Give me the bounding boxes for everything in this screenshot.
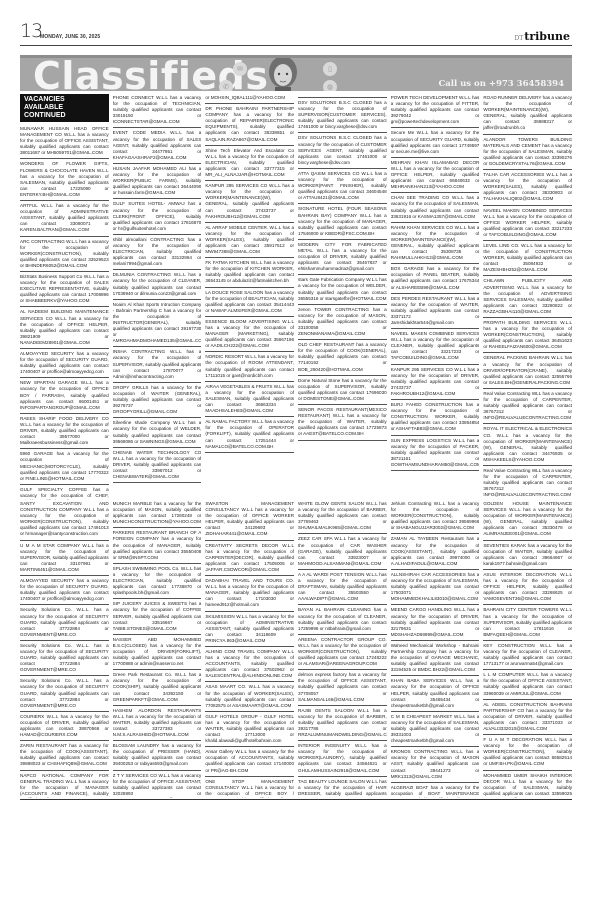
classified-ad: NAVEEL MAKEN COMBINED SERVICES W.L.L has… <box>391 330 480 364</box>
classified-ad: Shine Tech Elevator And Escalator Co W.L… <box>205 147 294 181</box>
column-4: DSV SOLUTIONS B.S.C CLOSED has a vacancy… <box>298 94 387 500</box>
page-number: 13 <box>20 20 42 42</box>
classified-ad: ALGERAZI BOAT has a vacancy for the occu… <box>391 784 480 798</box>
classified-ad: NORDIC RESORT W.L.L has a vacancy for th… <box>205 353 294 381</box>
classified-ad: L L M COMPUTER W.L.L has a vacancy for t… <box>483 671 572 699</box>
masthead: 13 MONDAY, JUNE 30, 2025 DTtribune <box>20 26 572 46</box>
classified-ad: INSHA CONTRACTING W.L.L has a vacancy fo… <box>113 348 202 382</box>
classified-ad: GENERAL PACKING BAHRAIN W.L.L has a vaca… <box>483 354 572 388</box>
brand-logo: DTtribune <box>514 30 570 43</box>
classified-ad: NASSER ABD MOHAMMED B.S.C(CLOSED) has a … <box>113 636 202 670</box>
classified-ad: RAJIB GENTS SALOON W.L.L has a vacancy f… <box>298 707 387 741</box>
banner-title: Classifieds <box>33 55 268 91</box>
classified-ad: ASUS INTERIOR DECORATION W.L.L has a vac… <box>483 571 572 605</box>
classified-ad: DSV SOLUTIONS B.S.C CLOSED has a vacancy… <box>298 99 387 133</box>
classified-ad: Ansar Gallery W.L.L has a vacancy for th… <box>205 748 294 776</box>
classified-ad: AL NADEEM BUILDING MAINTENANCE SERVICES … <box>20 308 109 349</box>
classified-ad: Silverline shade Company W.L.L has a vac… <box>113 419 202 447</box>
classified-ad: CHILAWN PUBLICITY AND ADVERTISING W.L.L … <box>483 277 572 318</box>
classified-ad: KANPUR 295 SERVICES CO W.L.L has a vacan… <box>391 366 480 400</box>
classified-ad: SWASTON MANAGEMENT CONSULTANCY W.L.L has… <box>205 500 294 541</box>
classified-ad: NAVEEL MAKEN COMBINED SERVICES W.L.L has… <box>483 207 572 241</box>
classified-ad: AREENA CONTRACTOR GROUP CO. W.L.L has a … <box>298 636 387 670</box>
section-heading: VACANCIES AVAILABLE CONTINUED <box>20 94 109 122</box>
classified-ad: HUSAIN JAAFAR MOHAMED ALI has a vacancy … <box>113 165 202 199</box>
classified-ad: TALHA CAR ACCESSORIES W.L.L has a vacanc… <box>483 171 572 205</box>
classified-ad: FK FATMA KITCHEN W.L.L has a vacancy for… <box>205 259 294 287</box>
column-1-lower: SANTY EXCAVATION AND CONSTRUCTION COMPAN… <box>20 500 109 798</box>
classified-ad: DR PHONE BAHRAINI PARTNERSHIP COMPANY ha… <box>205 105 294 146</box>
classified-ad: CHENAB WATER TECHNOLOGY CO W.L.L has a v… <box>113 449 202 483</box>
classified-ad: OLD CHEF RESTAURANT has a vacancy for th… <box>298 341 387 375</box>
classified-ad: U M A M STAR COMPANY W.L.L has a vacancy… <box>20 542 109 576</box>
classified-ad: PHONE CONNECT W.L.L has a vacancy for th… <box>113 94 202 128</box>
classified-ad: zenon TOWER CONTRACTING has a vacancy fo… <box>298 306 387 340</box>
classified-ad: Security Solutions Co. W.L.L. has a vaca… <box>20 642 109 676</box>
column-6-lower: GOLDEN HOUSE MAINTENANCE SERVICES W.L.L … <box>483 500 572 798</box>
classified-ad: KRONOS CONTRACTING W.L.L has a vacancy f… <box>391 748 480 782</box>
classified-ad: BLOSSAM LAUNDRY has a vacancy for the oc… <box>113 742 202 770</box>
classified-ad: DILMUNIA CONTRACTING W.L.L has a vacancy… <box>113 271 202 299</box>
classified-ad: LA DOUCE ROSE SALOON has a vacancy for t… <box>205 289 294 317</box>
classifieds-banner: Classifieds ✉ ✆ ▯ ◍ Call us on +973 3645… <box>20 55 572 91</box>
classified-ad: DADABHAI TRAVEL AND TOURS CO. W.L.L has … <box>205 577 294 611</box>
classified-ad: SKILMISSION W.L.L has a vacancy for the … <box>205 613 294 647</box>
classified-ad: KANPUR 295 SERVICES CO W.L.L has a vacan… <box>205 182 294 223</box>
globe-icon: ◍ <box>323 80 337 91</box>
classified-ad: ALHIND COM TRAVEL COMPANY W.L.L has a va… <box>205 648 294 682</box>
brand-mark: DT <box>514 35 523 42</box>
classified-ad: ZAMAN AL TAYBEEN Restaurant has a vacanc… <box>391 535 480 569</box>
woman-figure-icon <box>253 58 313 91</box>
column-2: PHONE CONNECT W.L.L has a vacancy for th… <box>113 94 202 500</box>
classified-ad: ATTA QASIM SERVICES CO W.L.L has a vacan… <box>298 170 387 204</box>
classified-ad: NAPCO NATIONAL COMPANY FOR GENERAL TRADI… <box>20 772 109 798</box>
classified-ad: GULF SPECIALTY COFFEE has a vacancy for … <box>20 486 109 500</box>
classified-ad: MUNAWAR HUSSAIN HEAD OFFICE MANAGEMENT C… <box>20 125 109 159</box>
classified-ad: BURJ FAHED CONSTRUCTION has a vacancy fo… <box>391 401 480 435</box>
column-3-lower: SWASTON MANAGEMENT CONSULTANCY W.L.L has… <box>205 500 294 798</box>
classified-ad: SPLASH SWIMMING POOL Co. W.L.L has a vac… <box>113 565 202 599</box>
classified-ad: KHAN BABA SERVICES W.L.L has a vacancy f… <box>391 677 480 711</box>
classified-ad: ALMOAYYED SECURITY has a vacancy for the… <box>20 350 109 378</box>
tablet-icon: ▯ <box>323 62 337 76</box>
classified-ad: KEY CONSTRUCTION W.L.L has a vacancy for… <box>483 642 572 670</box>
classified-ad: EVENT CODE MEDIA W.L.L has a vacancy for… <box>113 129 202 163</box>
classified-ad: Secure Me W.L.L has a vacancy for the oc… <box>391 129 480 157</box>
classified-ad: PROPATH BUILDING SERVICES W.L.L has a va… <box>483 319 572 353</box>
column-1: VACANCIES AVAILABLE CONTINUED MUNAWAR HU… <box>20 94 109 500</box>
classified-ad: RAHIM KHAN SERVICES CO W.L.L has a vacan… <box>391 224 480 265</box>
classified-ad: MUNICH MARBLE has a vacancy for the occu… <box>113 500 202 528</box>
classifieds-columns-bottom: SANTY EXCAVATION AND CONSTRUCTION COMPAN… <box>20 500 572 798</box>
classified-ad <box>298 94 387 98</box>
classified-ad: Real Value Contracting WLL has a vacancy… <box>483 390 572 424</box>
classified-ad: MOHAMMED UMER SHAIKH INTERIOR DECOR W.L.… <box>483 772 572 798</box>
classified-ad: SENOR PACOS RESTAURANT(MEXICO RESTAURANT… <box>298 406 387 440</box>
classified-ad: WONDERS OF FLOWER GIFTS, FLOWERS & CHOCO… <box>20 160 109 201</box>
column-2-lower: MUNICH MARBLE has a vacancy for the occu… <box>113 500 202 798</box>
classified-ad: MEEND CARGO HANDLING W.L.L has a vacancy… <box>391 606 480 640</box>
classified-ad: RAEES SHARIF FOOD DELIVERY CO W.L.L has … <box>20 415 109 449</box>
classified-ad: Z T Y SERVICES CO W.L.L has a vacancy fo… <box>113 772 202 798</box>
classified-ad: ESSENCE BLOOM ADVERTISING W.L.L has a va… <box>205 318 294 352</box>
classified-ad: GULF SUITES HOTEL- AMWAJ has a vacancy f… <box>113 200 202 234</box>
classified-ad: ASAS MAART CO. W.L.L has a vacancy for t… <box>205 683 294 711</box>
column-5: POWER TECH DEVELOPMENT W.L.L has a vacan… <box>391 94 480 500</box>
banner-illustration: ✉ ✆ ▯ ◍ <box>235 58 335 91</box>
classified-ad: ARC CONTRACTING W.L.L has a vacancy for … <box>20 238 109 272</box>
classified-ad: SEVENTIES KARAK has a vacancy for the oc… <box>483 542 572 570</box>
phone-icon: ✆ <box>219 80 233 91</box>
classified-ad: ZARIN RESTAURANT has a vacancy for the o… <box>20 742 109 770</box>
column-5-lower: Jehlum Contracting W.L.L has a vacancy f… <box>391 500 480 798</box>
page-bottom-rule <box>20 799 572 800</box>
classified-ad: GOLDEN HOUSE MAINTENANCE SERVICES W.L.L … <box>483 500 572 541</box>
classified-ad: ALMOAYYED SECURITY has a vacancy for the… <box>20 577 109 605</box>
classified-ad: TAG BEAUTY LOUNGE SALON W.L.L has a vaca… <box>298 778 387 798</box>
classified-ad: Noaim Al Khair Sports Intruction Company… <box>113 301 202 348</box>
classified-ad: CHAN SEE TRADING CO W.L.L has a vacancy … <box>391 194 480 222</box>
column-6: ROAD RUNNER DELIVERY has a vacancy for t… <box>483 94 572 500</box>
classified-ad: AL ADEEL CONSTRUCTION BAHRAINI PARTNERSH… <box>483 701 572 735</box>
classified-ad: BOX GARAGE has a vacancy for the occupat… <box>391 265 480 293</box>
classified-ad: stars Gate Fabrication Company W.L.L has… <box>298 276 387 304</box>
classified-ad: F U A M T DECORATION W.L.L has a vacancy… <box>483 736 572 770</box>
classified-ad: MODERN CITY FOR FABRICATED METAL W.L.L h… <box>298 241 387 275</box>
mail-icon: ✉ <box>233 62 247 76</box>
classifieds-columns-top: VACANCIES AVAILABLE CONTINUED MUNAWAR HU… <box>20 94 572 500</box>
classified-ad: AIRAA VEGETABLES & FRUITS W.L.L has a va… <box>205 383 294 417</box>
classified-ad: ARTFUL W.L.L has a vacancy for the occup… <box>20 202 109 236</box>
classified-ad: BAYAN AL BAHRAIN CLEANING has a vacancy … <box>298 606 387 634</box>
classified-ad: BizStats Business Support Co W.L.L has a… <box>20 273 109 307</box>
classified-ad: or MOHSIN_IQBAL111@YAHOO.COM <box>205 94 294 104</box>
classified-ad: COURIERX W.L.L has a vacancy for the occ… <box>20 713 109 741</box>
classified-ad: ALANDOR TOWERS BUILDING MATERIALS AND CE… <box>483 136 572 170</box>
column-4-lower: WHITE GLOW GENTS SALON W.L.L has a vacan… <box>298 500 387 798</box>
classified-ad: ROAD RUNNER DELIVERY has a vacancy for t… <box>483 94 572 135</box>
classified-ad: C M B CHEAPEST MARKET W.L.L has a vacanc… <box>391 713 480 747</box>
classified-ad: DES PERDES RESTAURANT W.L.L has a vacanc… <box>391 295 480 329</box>
classified-ad: INTERIOR INGENUITY W.L.L has a vacancy f… <box>298 742 387 776</box>
classified-ad: delmon express factory has a vacancy for… <box>298 671 387 705</box>
classified-ad: DSV SOLUTIONS B.S.C CLOSED has a vacancy… <box>298 134 387 168</box>
classified-ad: SIP JUICERY JUICES & SWEETS has a vacanc… <box>113 600 202 634</box>
classified-ad: Security Solutions Co. W.L.L. has a vaca… <box>20 606 109 640</box>
page-date: MONDAY, JUNE 30, 2025 <box>40 34 100 40</box>
classified-ad: HASHEM ALORDON RESTAURANTS W.L.L has a v… <box>113 707 202 741</box>
classified-ad: Green Park Restaurant Co. W.L.L has a va… <box>113 671 202 705</box>
classified-ad: ZEEZ CAR SPA W.L.L has a vacancy for the… <box>298 535 387 569</box>
classified-ad: GROPY GRILLS has a vacancy for the occup… <box>113 384 202 418</box>
classified-ad: GULF HOTELS GROUP - GULF HOTEL has a vac… <box>205 713 294 747</box>
classified-ad: PARKERS RESTAURANT BRANCH OF A FOREIGN C… <box>113 529 202 563</box>
classified-ad: AL NAMAL FACTORY W.L.L has a vacancy for… <box>205 418 294 452</box>
classified-ad: ROYAL IT ELECTRICAL & ELECTRONICS CO. W.… <box>483 425 572 466</box>
classified-ad: BAHRAIN CITY CENTER TOWERS W.L.L has a v… <box>483 606 572 640</box>
classified-ad: ONE STOP MANAGEMENT CONSULTANCY W.L.L ha… <box>205 778 294 798</box>
classified-ad: 5960 GARAGE has a vacancy for the occupa… <box>20 450 109 484</box>
classified-ad: WHITE GLOW GENTS SALON W.L.L has a vacan… <box>298 500 387 534</box>
classified-ad: Waheed Mechanical Workshop - Bahraini Pa… <box>391 642 480 676</box>
classified-ad: Dome Natural Stone has a vacancy for the… <box>298 377 387 405</box>
banner-phone: Call us on +973 36458394 <box>438 79 564 89</box>
classified-ad: CREATIVITY SECRETS DECOR W.L.L has a vac… <box>205 542 294 576</box>
brand-name: tribune <box>524 30 570 43</box>
classified-ad: MEHRAN KHAN ISLAMABAD DECOR W.L.L has a … <box>391 159 480 193</box>
classified-ad: SIGNATURE HOTEL (FOUR SEASONS BAHRAIN BA… <box>298 205 387 239</box>
classified-ad: AL ARRAF MOBILE CENTER. W.L.L has a vaca… <box>205 224 294 258</box>
column-3: or MOHSIN_IQBAL111@YAHOO.COM DR PHONE BA… <box>205 94 294 500</box>
classified-ad: Security Solutions Co. W.L.L. has a vaca… <box>20 677 109 711</box>
classified-ad: NEW SPARTAN GARAGE W.L.L has a vacancy f… <box>20 379 109 413</box>
classified-ad: ALLNSHIRAH CAR ACCESSORIES has a vacancy… <box>391 571 480 605</box>
classified-ad: Real Value Contracting WLL has a vacancy… <box>483 467 572 500</box>
classified-ad: SANTY EXCAVATION AND CONSTRUCTION COMPAN… <box>20 500 109 541</box>
classified-ad: Jehlum Contracting W.L.L has a vacancy f… <box>391 500 480 534</box>
classified-ad: LEVEL LINE CO. W.L.L has a vacancy for t… <box>483 242 572 276</box>
classified-ad: POWER TECH DEVELOPMENT W.L.L has a vacan… <box>391 94 480 128</box>
classified-ad: SUN EXPRESS LOGISTICS W.L.L has a vacanc… <box>391 437 480 471</box>
classified-ad: shibl almoallani CONTRACTING has a vacan… <box>113 236 202 270</box>
classified-ad: A A AL WARDI POST TENSION W.L.L has a va… <box>298 571 387 605</box>
